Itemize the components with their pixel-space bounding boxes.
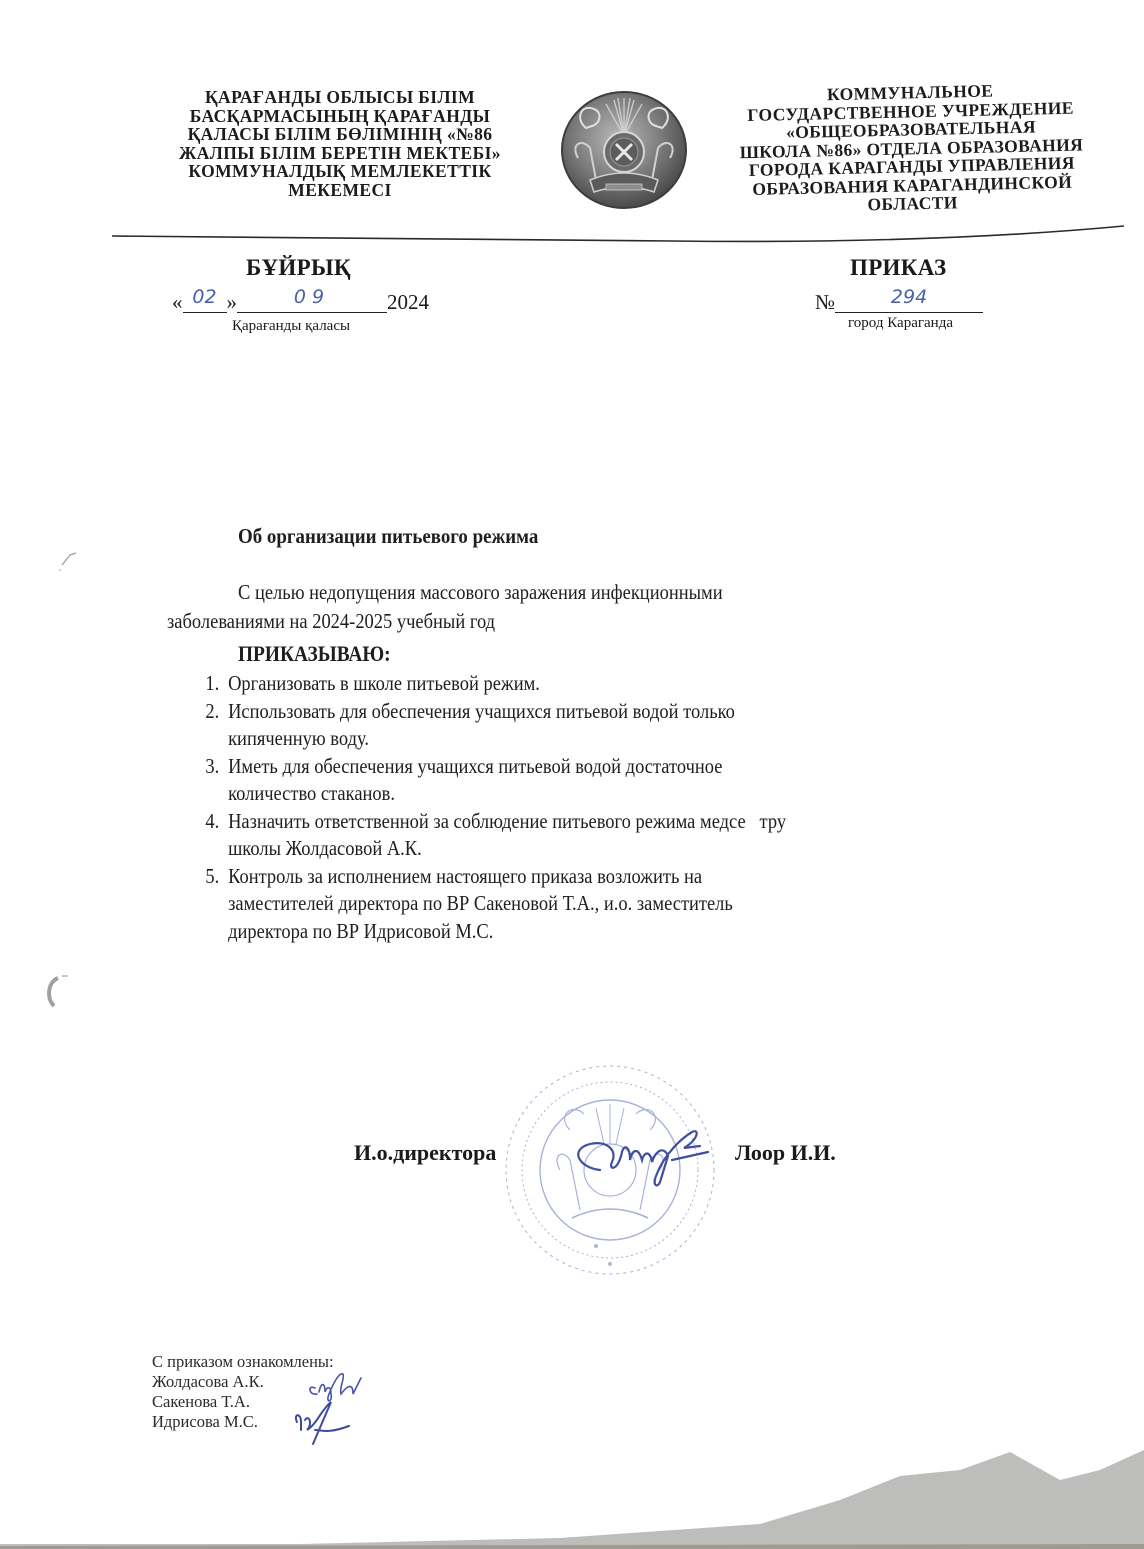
header-kz-line: ЖАЛПЫ БІЛІМ БЕРЕТІН МЕКТЕБІ» <box>140 144 540 163</box>
header-kz-line: БАСҚАРМАСЫНЫҢ ҚАРАҒАНДЫ <box>140 107 540 126</box>
date-close-quote: » <box>227 290 238 314</box>
date-month-field: 09 <box>237 290 387 313</box>
item-text: Назначить ответственной за соблюдение пи… <box>228 808 962 836</box>
header-kz-line: КОММУНАЛДЫҚ МЕМЛЕКЕТТІК <box>140 162 540 181</box>
signatory-name: Лоор И.И. <box>735 1140 836 1166</box>
date-day: 02 <box>192 286 216 308</box>
number-field: 294 <box>835 290 983 313</box>
order-title-ru: ПРИКАЗ <box>850 255 946 281</box>
item-number: 1. <box>170 670 219 698</box>
order-date: «02»092024 <box>172 290 429 315</box>
item-number: 5. <box>170 863 219 891</box>
intro-line-1: С целью недопущения массового заражения … <box>238 580 723 605</box>
number-value: 294 <box>891 286 927 308</box>
order-word: ПРИКАЗЫВАЮ: <box>238 641 391 667</box>
scan-shadow <box>0 1440 1144 1549</box>
order-number: №294 <box>815 290 983 315</box>
item-text: заместителей директора по ВР Сакеновой Т… <box>228 890 962 918</box>
item-text: Контроль за исполнением настоящего прика… <box>228 863 962 891</box>
order-title-kz: БҰЙРЫҚ <box>246 255 351 281</box>
list-item: 1. Организовать в школе питьевой режим. <box>170 670 962 698</box>
item-text: Организовать в школе питьевой режим. <box>228 670 962 698</box>
item-text: школы Жолдасовой А.К. <box>228 835 962 863</box>
date-year: 2024 <box>387 290 429 314</box>
list-item: 5. Контроль за исполнением настоящего пр… <box>170 863 962 946</box>
header-divider <box>112 224 1124 246</box>
handwritten-signature-icon <box>560 1110 720 1190</box>
city-kz: Қарағанды қаласы <box>232 318 350 335</box>
number-prefix: № <box>815 290 835 314</box>
header-kz-line: ҚАРАҒАНДЫ ОБЛЫСЫ БІЛІМ <box>140 88 540 107</box>
signatory-position: И.о.директора <box>354 1140 496 1166</box>
date-month: 09 <box>294 286 330 308</box>
header-ru: КОММУНАЛЬНОЕ ГОСУДАРСТВЕННОЕ УЧРЕЖДЕНИЕ … <box>705 79 1118 218</box>
subject-line: Об организации питьевого режима <box>238 524 538 549</box>
item-text: Иметь для обеспечения учащихся питьевой … <box>228 753 962 781</box>
list-item: 4. Назначить ответственной за соблюдение… <box>170 808 962 863</box>
item-text: кипяченную воду. <box>228 725 962 753</box>
item-number: 2. <box>170 698 219 726</box>
order-items-list: 1. Организовать в школе питьевой режим. … <box>170 670 962 945</box>
item-text: Использовать для обеспечения учащихся пи… <box>228 698 962 726</box>
margin-mark <box>44 974 72 1010</box>
header-kz: ҚАРАҒАНДЫ ОБЛЫСЫ БІЛІМ БАСҚАРМАСЫНЫҢ ҚАР… <box>140 88 540 199</box>
item-text: количество стаканов. <box>228 780 962 808</box>
state-emblem-icon <box>556 88 692 214</box>
date-day-field: 02 <box>183 290 227 313</box>
list-item: 2. Использовать для обеспечения учащихся… <box>170 698 962 753</box>
item-number: 3. <box>170 753 219 781</box>
initials-signature-icon <box>303 1368 373 1402</box>
intro-line-2: заболеваниями на 2024-2025 учебный год <box>167 609 495 634</box>
header-kz-line: ҚАЛАСЫ БІЛІМ БӨЛІМІНІҢ «№86 <box>140 125 540 144</box>
list-item: 3. Иметь для обеспечения учащихся питьев… <box>170 753 962 808</box>
header-kz-line: МЕКЕМЕСІ <box>140 181 540 200</box>
item-text: директора по ВР Идрисовой М.С. <box>228 918 962 946</box>
date-open-quote: « <box>172 290 183 314</box>
margin-mark <box>56 551 80 573</box>
item-number: 4. <box>170 808 219 836</box>
city-ru: город Караганда <box>848 315 953 332</box>
